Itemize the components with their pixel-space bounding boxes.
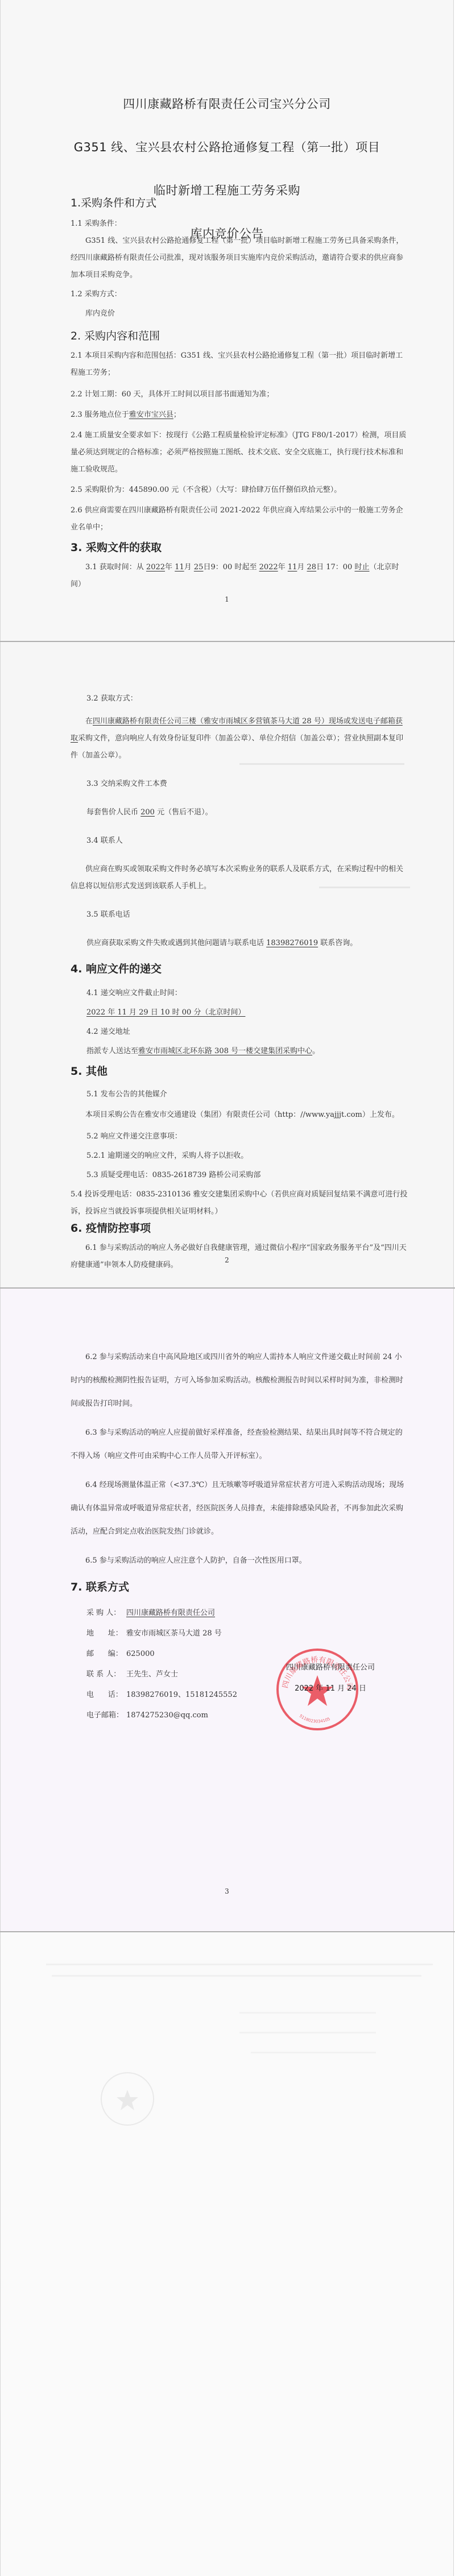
s5-2-label: 5.2 响应文件递交注意事项：: [71, 1128, 408, 1145]
signature-company: 四川康藏路桥有限责任公司: [268, 1661, 393, 1672]
contact-label: 电 话：: [86, 1685, 126, 1705]
signature-date: 2022 年 11 月 24 日: [268, 1682, 393, 1693]
s3-2-label: 3.2 获取方式：: [71, 690, 408, 707]
s1-2-text: 库内竞价: [71, 305, 408, 322]
unit-from: 时起至: [234, 563, 259, 571]
section-heading-5: 5. 其他: [71, 1065, 408, 1078]
contact-label: 采 购 人：: [86, 1603, 126, 1624]
s3-1: 3.1 获取时间：从 2022年 11月 25日9：00 时起至 2022年 1…: [71, 559, 408, 593]
page-4-blank: [0, 1932, 454, 2576]
s2-3-prefix: 2.3 服务地点位于: [71, 411, 129, 419]
s3-1-day-to: 28: [307, 563, 317, 571]
unit-day: 日: [316, 563, 324, 571]
unit-year: 年: [165, 563, 172, 571]
bleed-through-mark: [319, 887, 410, 888]
s3-1-year-to: 2022: [259, 563, 278, 571]
contact-value-email: 1874275230@qq.com: [126, 1705, 208, 1726]
signature-block: 四川康藏路桥有限责任公司 2022 年 11 月 24 日: [268, 1661, 393, 1693]
s1-1-label: 1.1 采购条件：: [71, 216, 408, 233]
s3-4-text: 供应商在购买或领取采购文件时务必填写本次采购业务的联系人及联系方式，在采购过程中…: [71, 861, 408, 895]
seal-code: 5118023034105: [299, 1714, 331, 1724]
s2-2: 2.2 计划工期：60 天，具体开工时间以项目部书面通知为准；: [71, 386, 408, 403]
s3-3-amount: 200: [140, 808, 155, 817]
s3-3-suffix: 元（售后不退）。: [155, 808, 213, 817]
contact-value-address: 雅安市雨城区茶马大道 28 号: [126, 1624, 222, 1644]
s3-5-prefix: 供应商获取采购文件失败或遇到其他问题请与联系电话: [86, 939, 266, 947]
s2-6: 2.6 供应商需要在四川康藏路桥有限责任公司 2021-2022 年供应商入库结…: [71, 502, 408, 536]
s5-3: 5.3 质疑受理电话：0835-2618739 路桥公司采购部: [71, 1167, 408, 1184]
s6-3: 6.3 参与采购活动的响应人应提前做好采样准备，经查验检测结果、结果出具时间等不…: [71, 1421, 408, 1468]
s3-3-label: 3.3 交纳采购文件工本费: [71, 776, 408, 793]
contact-label: 电子邮箱：: [86, 1705, 126, 1726]
s6-5: 6.5 参与采购活动的响应人应注意个人防护，自备一次性医用口罩。: [71, 1549, 408, 1572]
page-number-1: 1: [1, 595, 453, 603]
s3-2-prefix: 在: [85, 717, 93, 726]
bleed-through-mark: [239, 763, 404, 765]
s3-3-text: 每套售价人民币 200 元（售后不退）。: [71, 804, 408, 821]
contact-label: 邮 编：: [86, 1644, 126, 1664]
s1-1-text: G351 线、宝兴县农村公路抢通修复工程（第一批）项目临时新增工程施工劳务已具备…: [71, 233, 408, 284]
unit-year: 年: [278, 563, 286, 571]
s4-1-value: 2022 年 11 月 29 日 10 时 00 分（北京时间）: [71, 1004, 408, 1021]
s3-1-month-to: 11: [288, 563, 297, 571]
bleed-through-mark: [239, 2032, 376, 2034]
contact-label: 地 址：: [86, 1624, 126, 1644]
s4-2-suffix: 。: [312, 1047, 320, 1055]
s6-2: 6.2 参与采购活动来自中高风险地区或四川省外的响应人需持本人响应文件递交截止时…: [71, 1345, 408, 1415]
s3-1-time-to: 17：00: [326, 563, 352, 571]
page-number-3: 3: [1, 1887, 453, 1895]
section-heading-3: 3. 采购文件的获取: [71, 541, 408, 554]
s4-2-text: 指派专人送达至雅安市雨城区北环东路 308 号一楼交建集团采购中心。: [71, 1043, 408, 1060]
s2-3-location: 雅安市宝兴县: [129, 411, 173, 419]
s4-2-prefix: 指派专人送达至: [86, 1047, 138, 1055]
contact-value-phone: 18398276019、15181245552: [126, 1685, 237, 1705]
s3-3-prefix: 每套售价人民币: [86, 808, 140, 817]
page-3: 6.2 参与采购活动来自中高风险地区或四川省外的响应人需持本人响应文件递交截止时…: [0, 1289, 454, 1931]
s3-5-suffix: 联系咨询。: [318, 939, 357, 947]
title-project: G351 线、宝兴县农村公路抢通修复工程（第一批）项目: [1, 140, 453, 155]
s2-4: 2.4 施工质量安全要求如下：按现行《公路工程质量检验评定标准》（JTG F80…: [71, 427, 408, 478]
s5-1-text: 本项目采购公告在雅安市交通建设（集团）有限责任公司（http：//www.yaj…: [71, 1107, 408, 1124]
s5-4: 5.4 投诉受理电话：0835-2310136 雅安交建集团采购中心（若供应商对…: [71, 1186, 408, 1220]
unit-to: 时止: [354, 563, 369, 571]
contact-value-purchaser: 四川康藏路桥有限责任公司: [126, 1603, 215, 1624]
s3-2-text: 在四川康藏路桥有限责任公司三楼（雅安市雨城区多营镇茶马大道 28 号）现场或发送…: [71, 713, 408, 764]
section-heading-7: 7. 联系方式: [71, 1580, 408, 1594]
section-heading-1: 1.采购条件和方式: [71, 196, 408, 210]
s3-1-day-from: 25: [194, 563, 204, 571]
s2-5: 2.5 采购限价为：445890.00 元（不含税）（大写：肆拾肆万伍仟捌佰玖拾…: [71, 482, 408, 499]
s4-2-address: 雅安市雨城区北环东路 308 号一楼交建集团采购中心: [138, 1047, 312, 1055]
s6-4: 6.4 经现场测量体温正常（<37.3℃）且无咳嗽等呼吸道异常症状者方可进入采购…: [71, 1473, 408, 1543]
s3-1-time-from: 9：00: [210, 563, 232, 571]
s3-5-phone: 18398276019: [266, 939, 318, 947]
s3-1-prefix: 3.1 获取时间：从: [85, 563, 146, 571]
s3-4-label: 3.4 联系人: [71, 833, 408, 850]
page-1: 四川康藏路桥有限责任公司宝兴分公司 G351 线、宝兴县农村公路抢通修复工程（第…: [0, 0, 454, 641]
s3-5-label: 3.5 联系电话: [71, 906, 408, 923]
s5-1-label: 5.1 发布公告的其他媒介: [71, 1086, 408, 1103]
contact-label: 联 系 人：: [86, 1664, 126, 1685]
s2-3-suffix: ；: [173, 411, 181, 419]
unit-day: 日: [203, 563, 210, 571]
unit-month: 月: [297, 563, 304, 571]
section-3-continued: 3.2 获取方式： 在四川康藏路桥有限责任公司三楼（雅安市雨城区多营镇茶马大道 …: [71, 690, 408, 1274]
s4-2-label: 4.2 递交地址: [71, 1024, 408, 1041]
unit-month: 月: [184, 563, 192, 571]
s5-2-1: 5.2.1 逾期递交的响应文件，采购人将予以拒收。: [71, 1148, 408, 1165]
contact-value-person: 王先生、芦女士: [126, 1664, 178, 1685]
section-1: 1.采购条件和方式 1.1 采购条件： G351 线、宝兴县农村公路抢通修复工程…: [71, 196, 408, 593]
s1-2-label: 1.2 采购方式：: [71, 286, 408, 303]
faint-seal-icon: [99, 2070, 156, 2127]
s4-1-deadline: 2022 年 11 月 29 日 10 时 00 分（北京时间）: [86, 1008, 245, 1017]
svg-text:5118023034105: 5118023034105: [299, 1714, 331, 1724]
section-heading-2: 2. 采购内容和范围: [71, 329, 408, 343]
s3-1-month-from: 11: [175, 563, 184, 571]
bleed-through-mark: [46, 1964, 433, 1965]
page-2: 3.2 获取方式： 在四川康藏路桥有限责任公司三楼（雅安市雨城区多营镇茶马大道 …: [0, 642, 454, 1287]
bleed-through-mark: [239, 2012, 376, 2014]
s2-3: 2.3 服务地点位于雅安市宝兴县；: [71, 407, 408, 424]
contact-row-address: 地 址： 雅安市雨城区茶马大道 28 号: [86, 1624, 408, 1644]
title-company: 四川康藏路桥有限责任公司宝兴分公司: [1, 97, 453, 111]
contact-value-postcode: 625000: [126, 1644, 155, 1664]
s3-1-year-from: 2022: [146, 563, 165, 571]
s4-1-label: 4.1 递交响应文件截止时间：: [71, 985, 408, 1002]
bleed-through-mark: [251, 2052, 376, 2053]
page-number-2: 2: [1, 1256, 453, 1264]
s3-5-text: 供应商获取采购文件失败或遇到其他问题请与联系电话 18398276019 联系咨…: [71, 935, 408, 952]
contact-row-purchaser: 采 购 人： 四川康藏路桥有限责任公司: [86, 1603, 408, 1624]
s2-1: 2.1 本项目采购内容和范围包括：G351 线、宝兴县农村公路抢通修复工程（第一…: [71, 347, 408, 382]
bleed-through-mark: [52, 1975, 421, 1977]
section-heading-6: 6. 疫情防控事项: [71, 1221, 408, 1235]
section-heading-4: 4. 响应文件的递交: [71, 962, 408, 976]
s3-2-suffix: 采购文件，意向响应人有效身份证复印件（加盖公章）、单位介绍信（加盖公章）；营业执…: [71, 734, 403, 760]
